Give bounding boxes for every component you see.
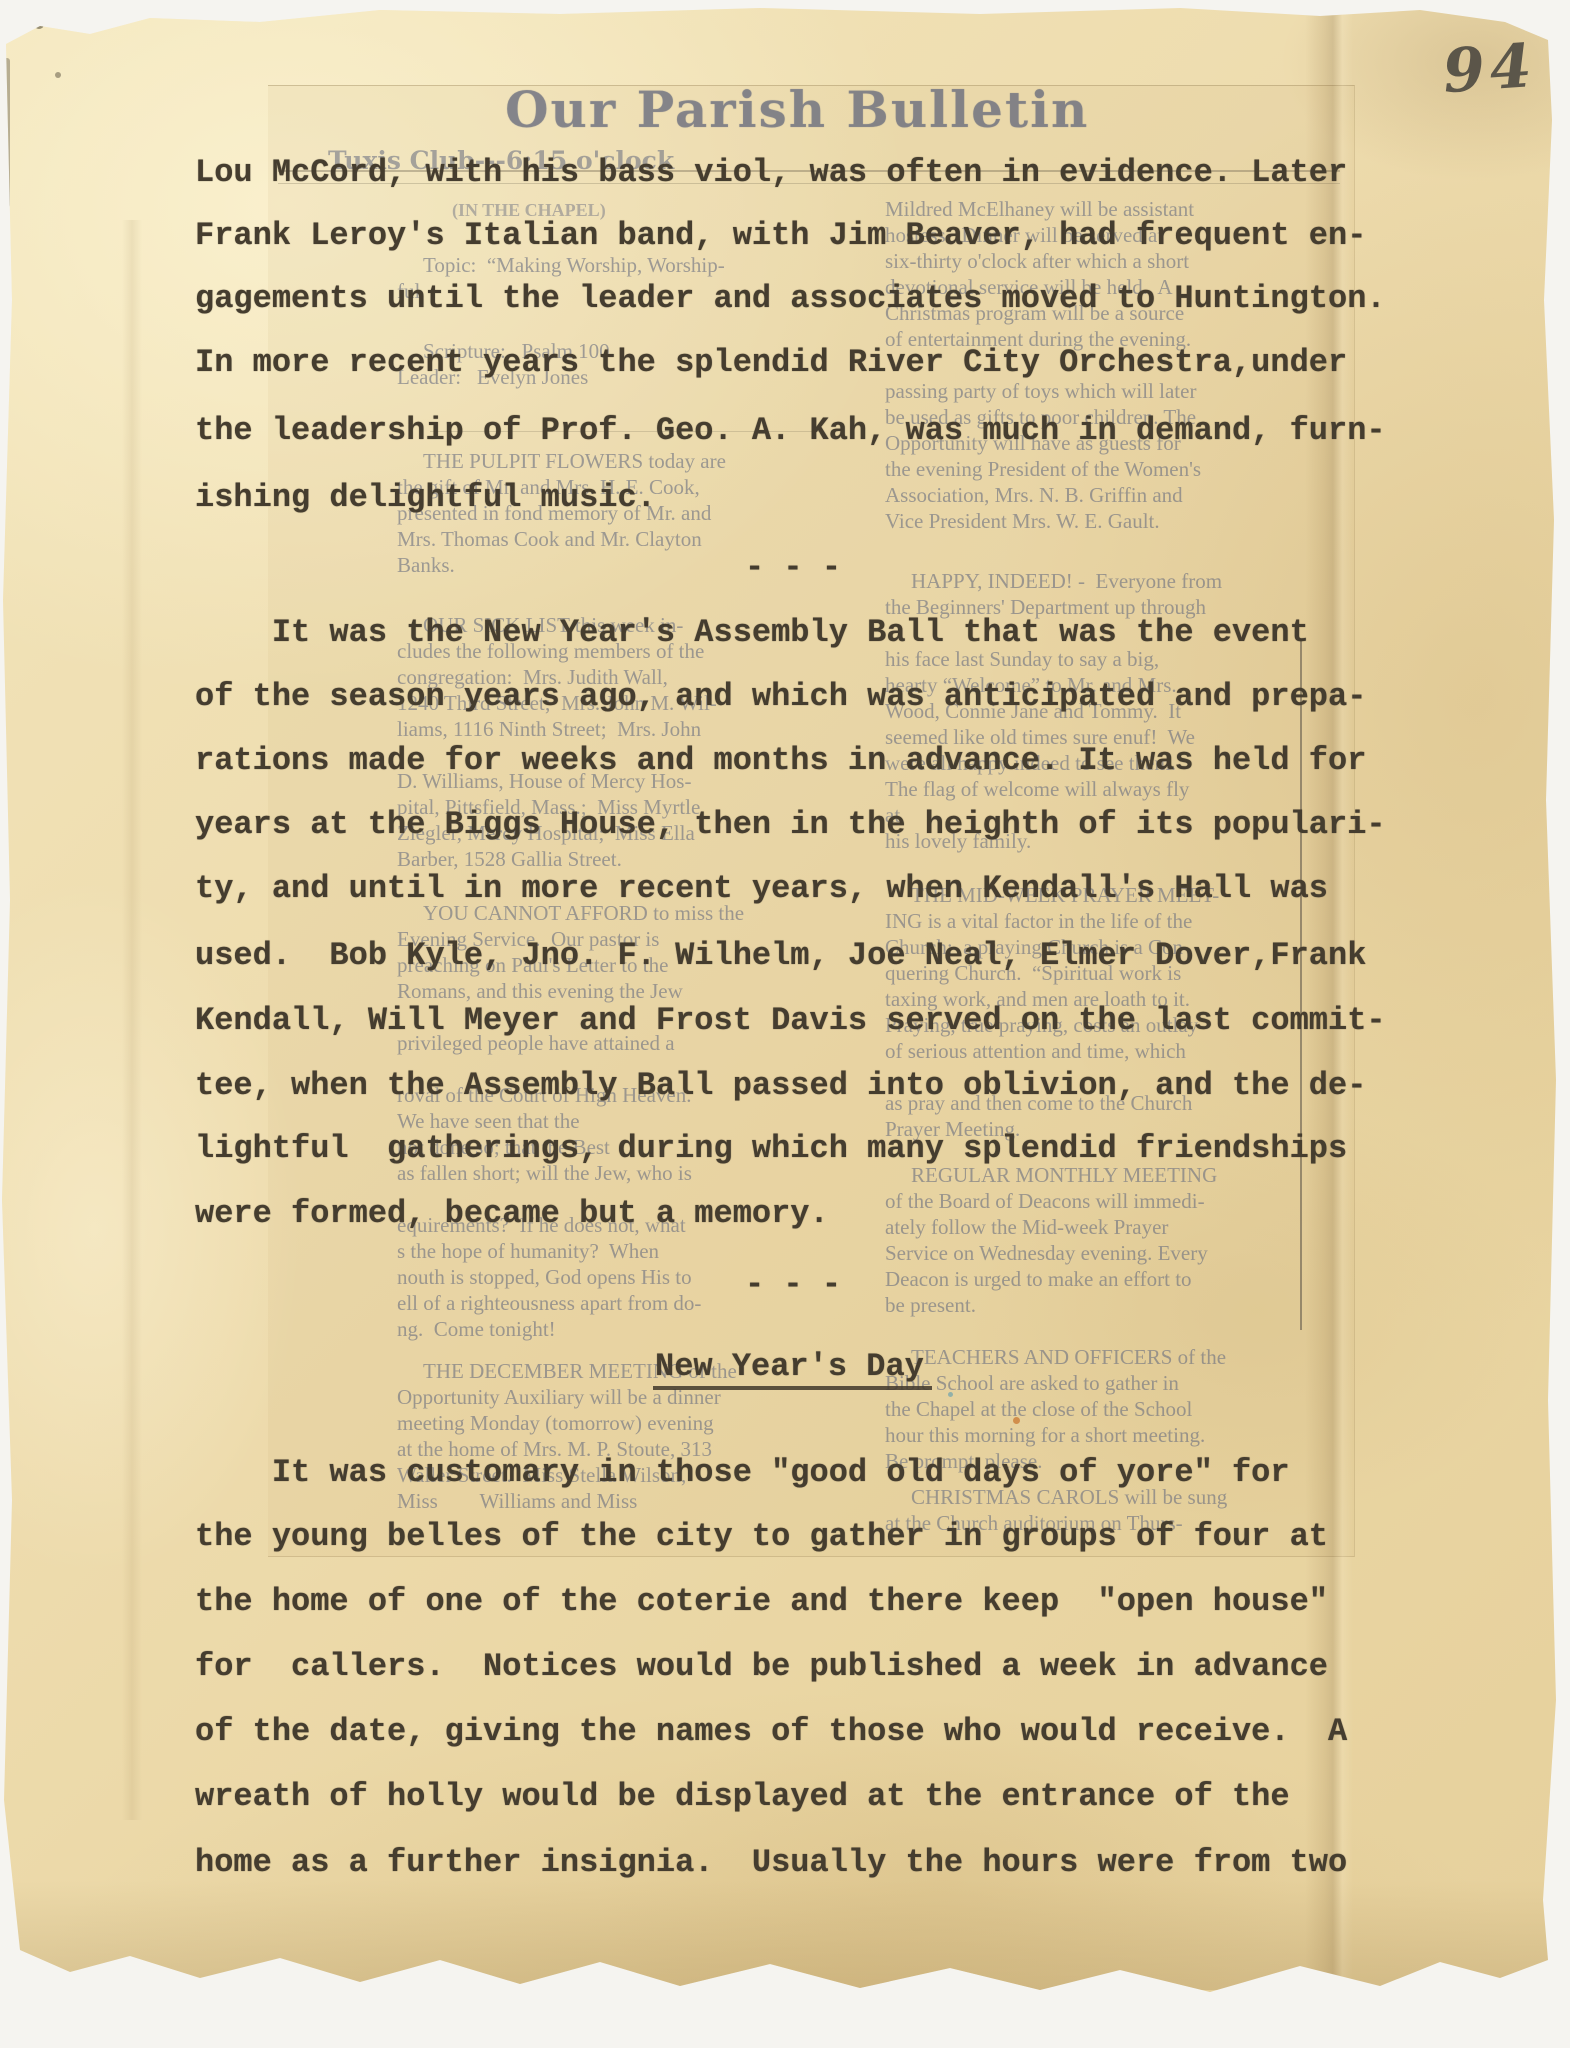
bulletin-line: ng. Come tonight! — [397, 1316, 744, 1342]
bulletin-line: TEACHERS AND OFFICERS of the — [885, 1344, 1226, 1370]
typed-line: ishing delightful music. — [195, 481, 656, 515]
bulletin-line: Miss Williams and Miss — [397, 1488, 737, 1514]
bulletin-line: Banks. — [397, 552, 726, 578]
bulletin-line: the evening President of the Women's — [885, 456, 1201, 482]
typed-divider: - - - — [745, 1266, 841, 1303]
bulletin-line: Bible School are asked to gather in — [885, 1370, 1226, 1396]
bulletin-line: passing party of toys which will later — [885, 378, 1201, 404]
bulletin-masthead: Our Parish Bulletin — [505, 80, 1105, 139]
bulletin-line: nouth is stopped, God opens His to — [397, 1264, 744, 1290]
typed-line: wreath of holly would be displayed at th… — [195, 1780, 1290, 1814]
typed-line: years at the Biggs House, then in the he… — [195, 808, 1386, 842]
bulletin-line: Vice President Mrs. W. E. Gault. — [885, 508, 1201, 534]
page-number: 94 — [1441, 31, 1539, 107]
bulletin-line: ING is a vital factor in the life of the — [885, 908, 1219, 934]
typed-divider: - - - — [745, 549, 841, 586]
edge-smudge — [0, 58, 10, 208]
typed-line: Kendall, Will Meyer and Frost Davis serv… — [195, 1004, 1386, 1038]
scanned-page: Our Parish Bulletin Tuxis Club---6:15 o'… — [0, 0, 1570, 2048]
typed-line: lightful gatherings, during which many s… — [195, 1132, 1347, 1166]
bulletin-line: ately follow the Mid-week Prayer — [885, 1214, 1217, 1240]
bulletin-line: be present. — [885, 1292, 1217, 1318]
typed-line: the young belles of the city to gather i… — [195, 1520, 1328, 1554]
bottom-edge-shade — [0, 1880, 1570, 1990]
typed-line: Frank Leroy's Italian band, with Jim Bea… — [195, 219, 1366, 253]
typed-line: It was the New Year's Assembly Ball that… — [195, 616, 1309, 650]
bulletin-line: ell of a righteousness apart from do- — [397, 1290, 744, 1316]
typed-line: Lou McCord, with his bass viol, was ofte… — [195, 156, 1347, 190]
typed-line: the home of one of the coterie and there… — [195, 1585, 1328, 1619]
bulletin-line: Deacon is urged to make an effort to — [885, 1266, 1217, 1292]
typed-line: gagements until the leader and associate… — [195, 282, 1386, 316]
rust-speck — [1013, 1417, 1020, 1424]
typed-line: rations made for weeks and months in adv… — [195, 744, 1366, 778]
bulletin-line: Barber, 1528 Gallia Street. — [397, 846, 717, 872]
typed-line: for callers. Notices would be published … — [195, 1650, 1328, 1684]
bulletin-line: s the hope of humanity? When — [397, 1238, 744, 1264]
typed-line: It was customary in those "good old days… — [195, 1456, 1290, 1490]
bulletin-line: Topic: “Making Worship, Worship- — [397, 252, 725, 278]
typed-line: ty, and until in more recent years, when… — [195, 872, 1328, 906]
bulletin-line: Service on Wednesday evening. Every — [885, 1240, 1217, 1266]
bulletin-line: of the Board of Deacons will immedi- — [885, 1188, 1217, 1214]
bulletin-line: Romans, and this evening the Jew — [397, 978, 744, 1004]
typed-line: of the date, giving the names of those w… — [195, 1715, 1347, 1749]
bulletin-line: Association, Mrs. N. B. Griffin and — [885, 482, 1201, 508]
bulletin-line: Mrs. Thomas Cook and Mr. Clayton — [397, 526, 726, 552]
typed-line: In more recent years the splendid River … — [195, 346, 1347, 380]
typed-line: the leadership of Prof. Geo. A. Kah, was… — [195, 414, 1386, 448]
bulletin-line: meeting Monday (tomorrow) evening — [397, 1410, 737, 1436]
bulletin-line: THE PULPIT FLOWERS today are — [397, 448, 726, 474]
bulletin-line: the Chapel at the close of the School — [885, 1396, 1226, 1422]
bulletin-line: liams, 1116 Ninth Street; Mrs. John — [397, 716, 717, 742]
typed-line: were formed, became but a memory. — [195, 1197, 829, 1231]
bulletin-line: The flag of welcome will always fly — [885, 776, 1222, 802]
section-heading: New Year's Day — [653, 1350, 932, 1390]
ink-speck — [55, 72, 61, 78]
paper-sheet: Our Parish Bulletin Tuxis Club---6:15 o'… — [0, 0, 1570, 2048]
bulletin-line: of serious attention and time, which — [885, 1038, 1219, 1064]
typed-line: used. Bob Kyle, Jno. F. Wilhelm, Joe Nea… — [195, 939, 1366, 973]
typed-line: tee, when the Assembly Ball passed into … — [195, 1069, 1366, 1103]
bulletin-paragraph: REGULAR MONTHLY MEETINGof the Board of D… — [885, 1162, 1217, 1318]
ink-speck — [34, 20, 44, 29]
bulletin-line: hour this morning for a short meeting. — [885, 1422, 1226, 1448]
typed-line: of the season years ago, and which was a… — [195, 680, 1366, 714]
blue-speck — [948, 1392, 953, 1397]
fold-crease-left — [122, 220, 142, 1820]
typed-line: home as a further insignia. Usually the … — [195, 1846, 1347, 1880]
bulletin-line: HAPPY, INDEED! - Everyone from — [885, 568, 1222, 594]
